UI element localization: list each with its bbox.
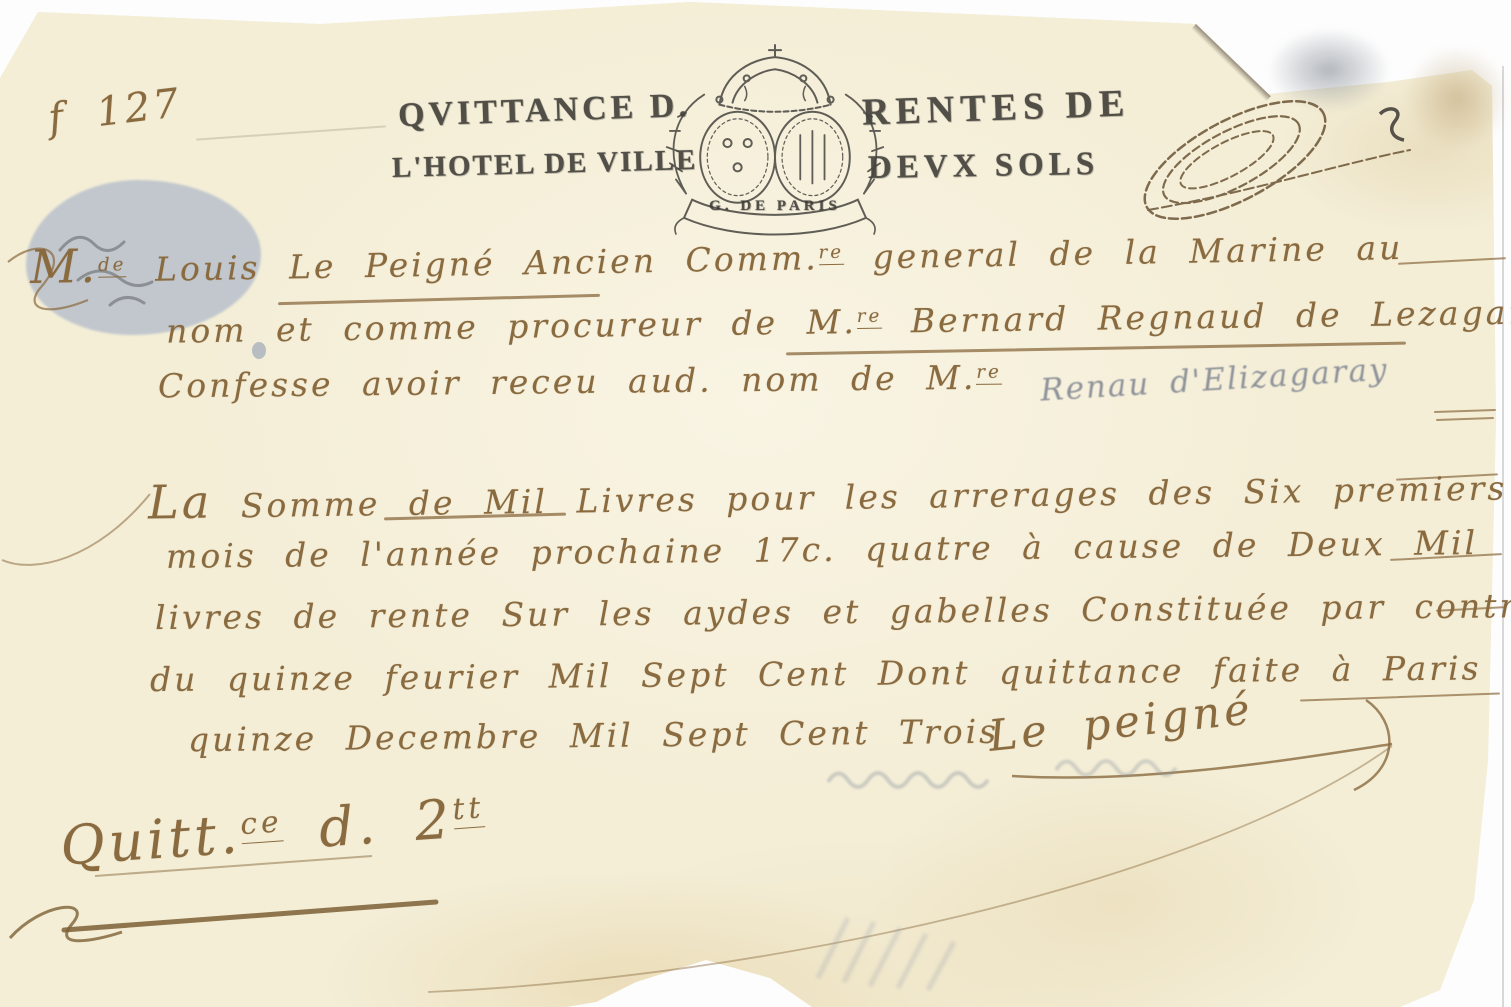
pencil-smudge-3: [808, 898, 1048, 1007]
pencil-smudge-1: [822, 748, 1042, 804]
docket-sup2: tt: [451, 790, 485, 829]
line-1-sup: de: [98, 254, 127, 277]
stamp-banner-label: G. DE PARIS: [622, 198, 928, 215]
line-1-mid: Ancien Comm.: [524, 238, 819, 282]
scan-edge-line: [1502, 66, 1504, 1007]
line-4-pre: Somme de: [212, 483, 484, 526]
line-1-rest: general de la Marine au: [872, 228, 1403, 276]
line-2-name: Bernard Regnaud de Lezagara: [911, 292, 1511, 340]
line-3-sup: re: [976, 362, 1002, 385]
line-4-initial: La: [148, 475, 213, 530]
line-1-sup2: re: [818, 242, 844, 265]
line-1-monsieur: M.: [30, 239, 99, 294]
line-4-rest: pour les arrerages des Six premiers: [697, 469, 1507, 519]
docket-pre: Quitt.: [58, 802, 243, 877]
docket-mid: d. 2: [281, 787, 455, 862]
line-1-name: Louis Le Peigné: [155, 244, 496, 289]
line-2-sup: re: [857, 306, 883, 329]
docket-sup1: ce: [239, 805, 284, 845]
pencil-smudge-2: [1050, 740, 1200, 790]
